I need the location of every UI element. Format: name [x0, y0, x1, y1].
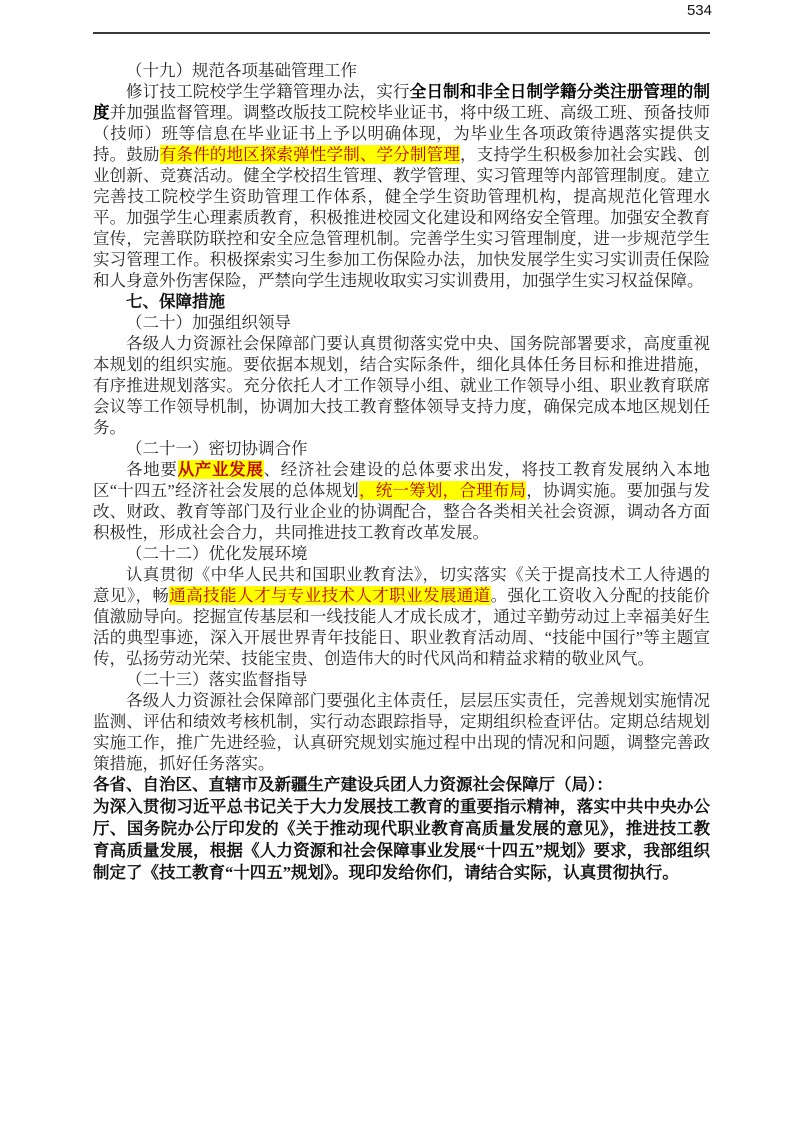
paragraph-20: 各级人力资源社会保障部门要认真贯彻落实党中央、国务院部署要求，高度重视本规划的组…: [93, 333, 710, 438]
header-rule: [93, 32, 710, 34]
salutation-line: 各省、自治区、直辖市及新疆生产建设兵团人力资源社会保障厅（局）：: [93, 774, 710, 796]
paragraph-23: 各级人力资源社会保障部门要强化主体责任，层层压实责任，完善规划实施情况监测、评估…: [93, 690, 710, 774]
section-heading-23: （二十三）落实监督指导: [93, 669, 710, 690]
section-heading-20: （二十）加强组织领导: [93, 312, 710, 333]
closing-paragraph: 为深入贯彻习近平总书记关于大力发展技工教育的重要指示精神，落实中共中央办公厅、国…: [93, 796, 710, 884]
chapter-heading-7: 七、保障措施: [93, 291, 710, 312]
paragraph-21: 各地要从产业发展、经济社会建设的总体要求出发，将技工教育发展纳入本地区“十四五”…: [93, 459, 710, 543]
section-heading-19: （十九）规范各项基础管理工作: [93, 60, 710, 81]
section-heading-22: （二十二）优化发展环境: [93, 543, 710, 564]
highlight-run: 有条件的地区探索弹性学制、学分制管理: [160, 145, 460, 164]
text-run: ，支持学生积极参加社会实践、创业创新、竞赛活动。健全学校招生管理、教学管理、实习…: [93, 145, 710, 290]
document-content: （十九）规范各项基础管理工作 修订技工院校学生学籍管理办法，实行全日制和非全日制…: [93, 60, 710, 884]
text-run: 修订技工院校学生学籍管理办法，实行: [126, 82, 410, 101]
paragraph-22: 认真贯彻《中华人民共和国职业教育法》，切实落实《关于提高技术工人待遇的意见》，畅…: [93, 564, 710, 669]
text-run: 各地要: [126, 460, 178, 479]
document-page: 534 （十九）规范各项基础管理工作 修订技工院校学生学籍管理办法，实行全日制和…: [0, 0, 793, 1122]
highlight-run: 通高技能人才与专业技术人才职业发展通道: [169, 586, 490, 605]
highlight-run: ，统一筹划，合理布局: [359, 481, 526, 500]
page-number: 534: [687, 2, 712, 19]
highlight-bold-run: 从产业发展: [178, 460, 264, 479]
section-heading-21: （二十一）密切协调合作: [93, 438, 710, 459]
paragraph-19: 修订技工院校学生学籍管理办法，实行全日制和非全日制学籍分类注册管理的制度并加强监…: [93, 81, 710, 291]
